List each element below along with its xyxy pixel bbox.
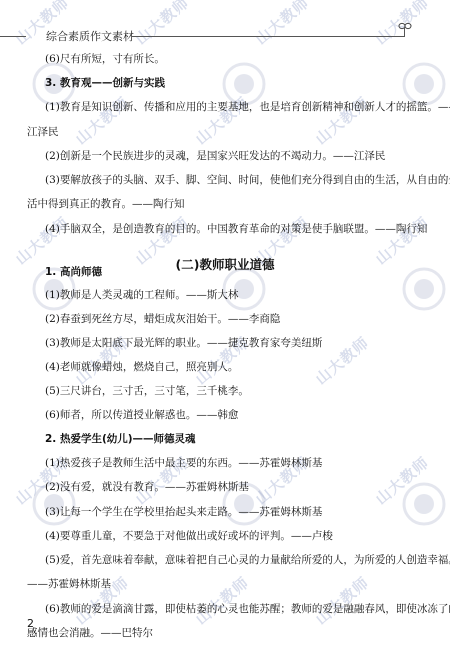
quote-line: (6)师者，所以传道授业解惑也。——韩愈 — [45, 408, 238, 422]
document-page: 综合素质作文素材 (6)尺有所短，寸有所长。 3. 教育观——创新与实践 (1)… — [0, 0, 450, 657]
quote-line: (1)教育是知识创新、传播和应用的主要基地，也是培育创新精神和创新人才的摇篮。—… — [45, 100, 450, 114]
quote-line: (1)教师是人类灵魂的工程师。——斯大林 — [45, 288, 238, 302]
header-rule-right — [132, 36, 405, 37]
quote-line: (2)创新是一个民族进步的灵魂，是国家兴旺发达的不竭动力。——江泽民 — [45, 149, 385, 163]
page-number: 2 — [27, 617, 34, 630]
quote-line: (5)爱，首先意味着奉献，意味着把自己心灵的力量献给所爱的人，为所爱的人创造幸福… — [45, 553, 450, 567]
text-line: (6)尺有所短，寸有所长。 — [45, 52, 165, 66]
section-heading: 3. 教育观——创新与实践 — [45, 75, 165, 90]
quote-line: (1)热爱孩子是教师生活中最主要的东西。——苏霍姆林斯基 — [45, 456, 322, 470]
quote-line: (4)要尊重儿童，不要急于对他做出或好或坏的评判。——卢梭 — [45, 529, 333, 543]
quote-line: (3)教师是太阳底下最光辉的职业。——捷克教育家夸美纽斯 — [45, 336, 322, 350]
section-heading: 2. 热爱学生(幼儿)——师德灵魂 — [45, 431, 196, 446]
page-header: 综合素质作文素材 — [0, 26, 450, 46]
header-title: 综合素质作文素材 — [46, 28, 134, 44]
quote-line: 感情也会消融。——巴特尔 — [27, 626, 153, 640]
quote-line: (3)要解放孩子的头脑、双手、脚、空间、时间，使他们充分得到自由的生活，从自由的… — [45, 173, 450, 187]
quote-line: 江泽民 — [27, 125, 59, 139]
section-heading: 1. 高尚师德 — [45, 264, 102, 279]
quote-line: (2)春蚕到死丝方尽，蜡炬成灰泪始干。——李商隐 — [45, 312, 280, 326]
quote-line: (2)没有爱，就没有教育。——苏霍姆林斯基 — [45, 480, 249, 494]
quote-line: (4)老师就像蜡烛，燃烧自己，照亮别人。 — [45, 360, 238, 374]
sprout-icon — [398, 22, 412, 30]
quote-line: (3)让每一个学生在学校里抬起头来走路。——苏霍姆林斯基 — [45, 505, 322, 519]
quote-line: (6)教师的爱是滴滴甘露，即使枯萎的心灵也能苏醒；教师的爱是融融春风，即使冰冻了… — [45, 602, 450, 616]
quote-line: 活中得到真正的教育。——陶行知 — [27, 197, 185, 211]
quote-line: (5)三尺讲台，三寸舌，三寸笔，三千桃李。 — [45, 384, 249, 398]
quote-line: ——苏霍姆林斯基 — [27, 577, 111, 591]
header-rule-left — [0, 36, 26, 37]
quote-line: (4)手脑双全，是创造教育的目的。中国教育革命的对策是使手脑联盟。——陶行知 — [45, 222, 427, 236]
